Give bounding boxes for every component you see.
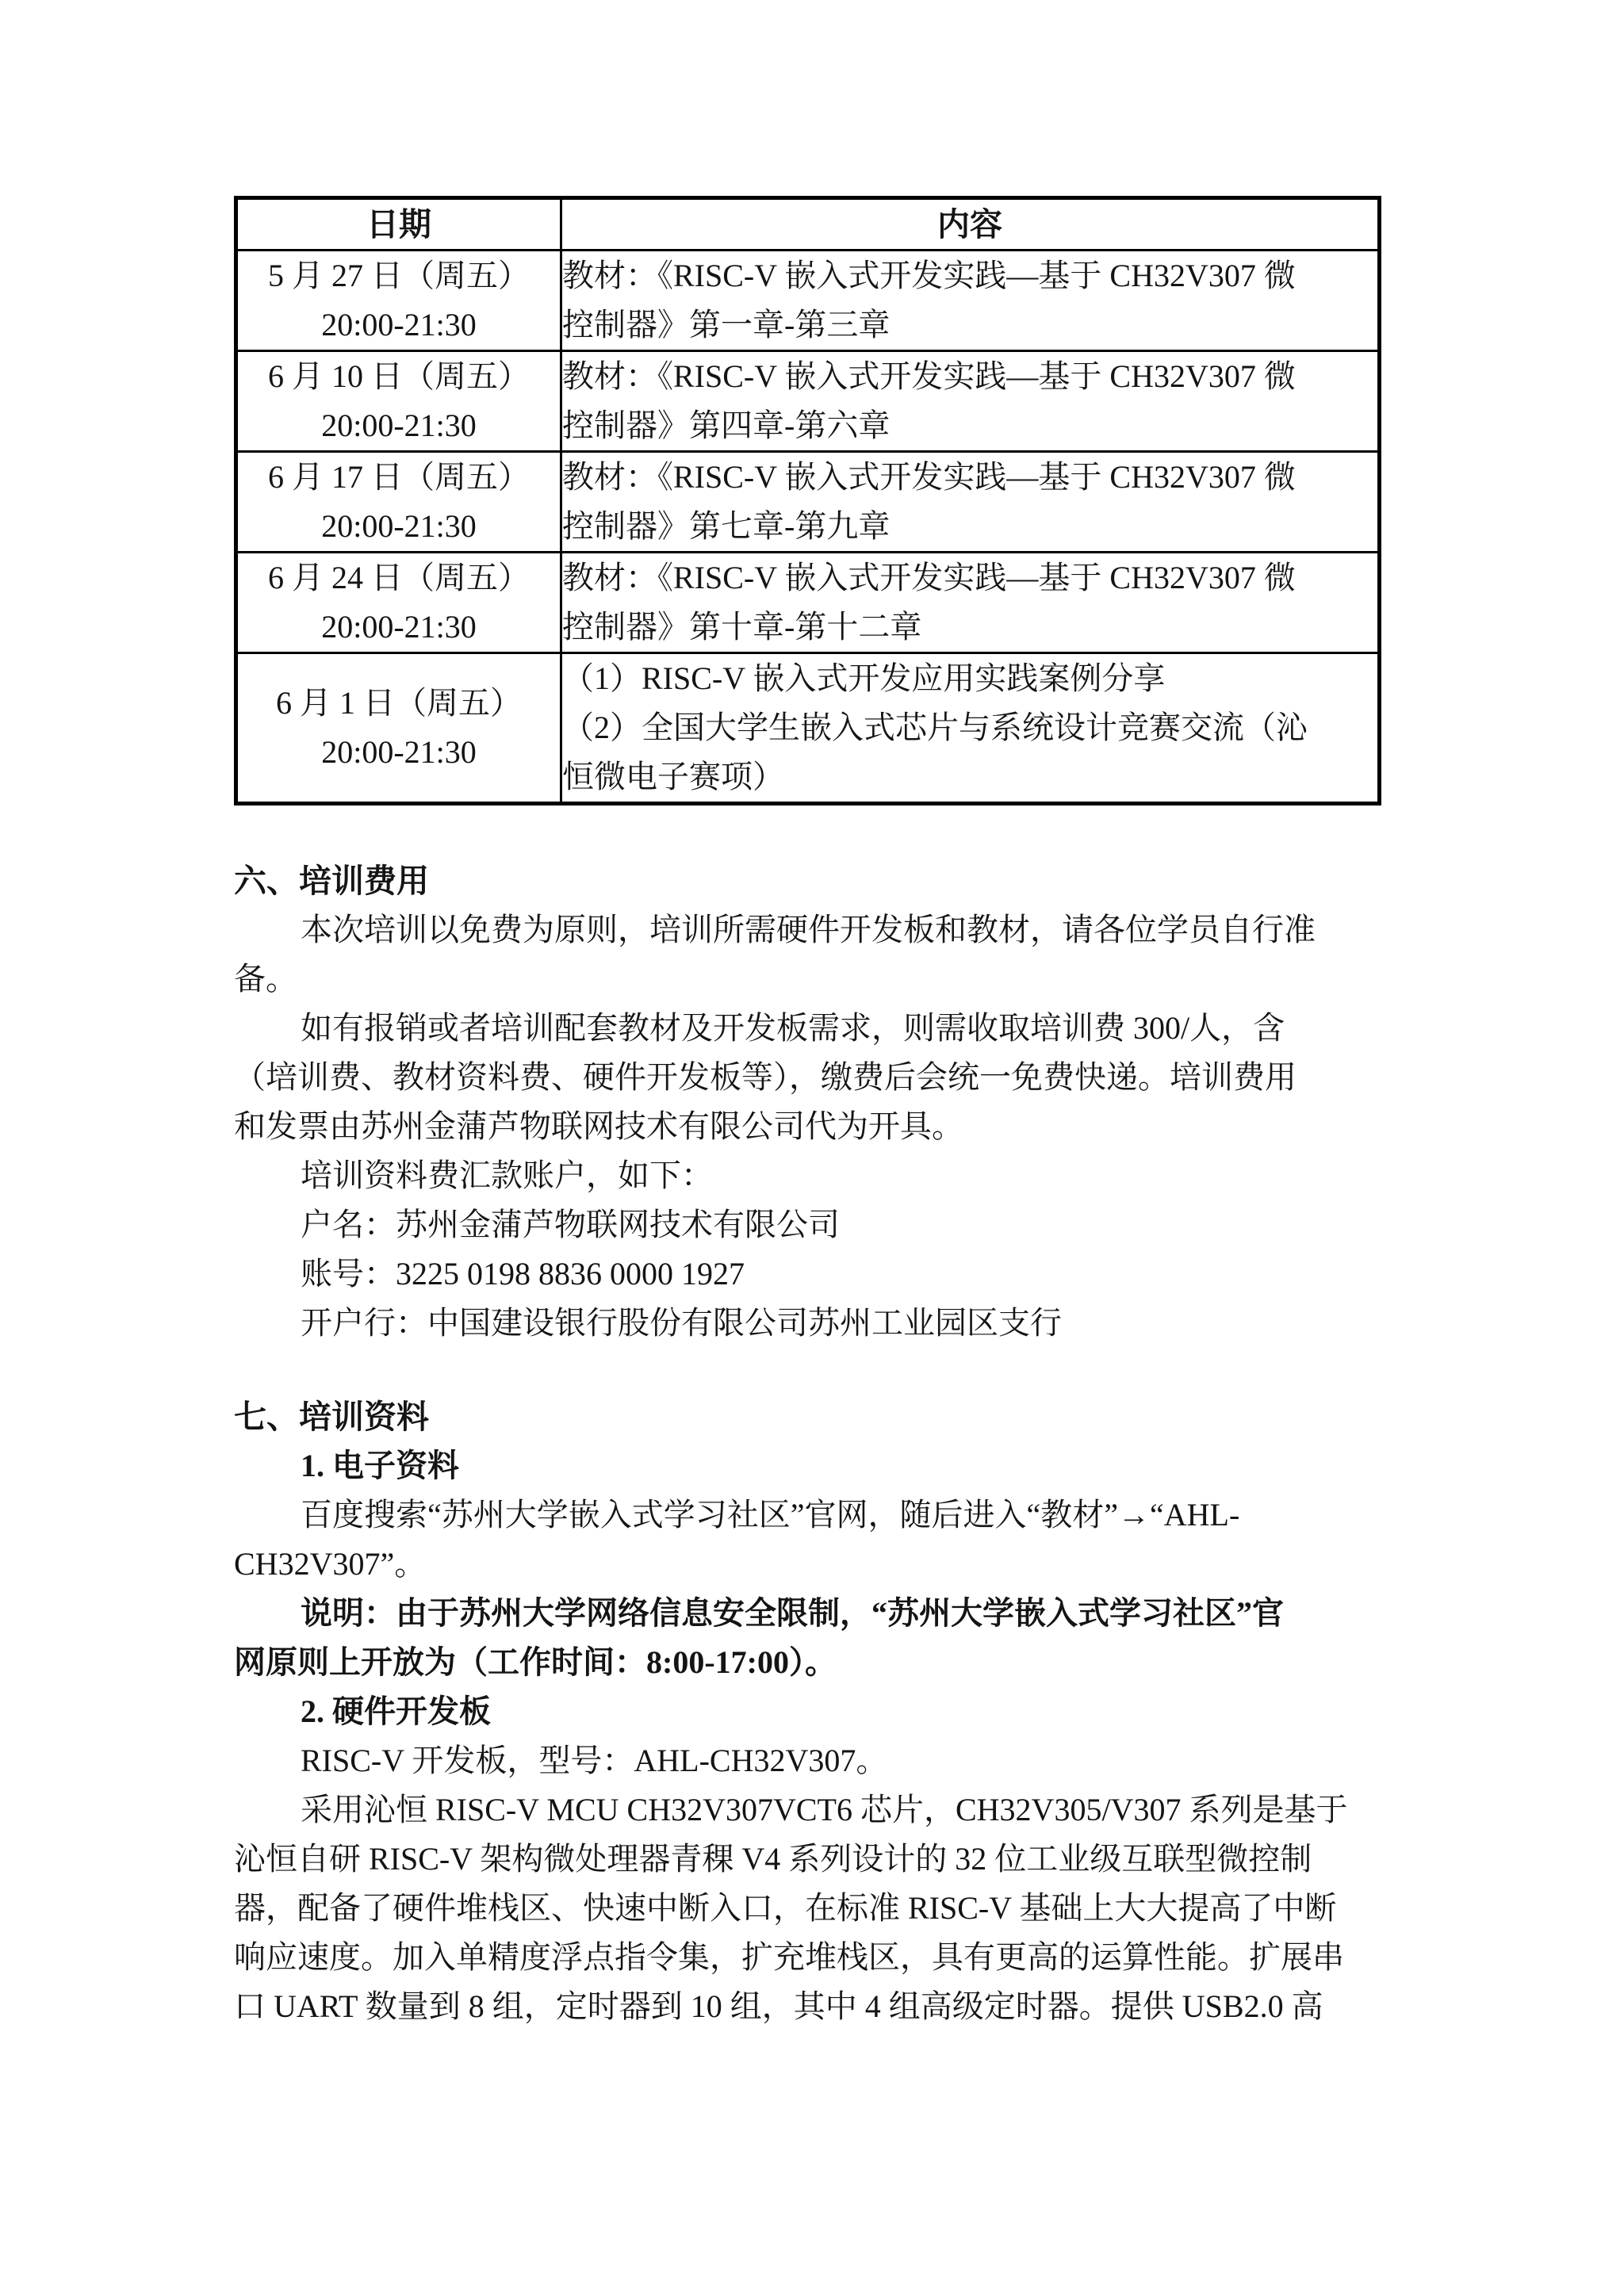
- content-line: （2）全国大学生嵌入式芯片与系统设计竞赛交流（沁: [562, 703, 1377, 752]
- para-line: 口 UART 数量到 8 组，定时器到 10 组，其中 4 组高级定时器。提供 …: [234, 1982, 1384, 2031]
- date-line: 6 月 17 日（周五）: [238, 453, 560, 502]
- content-line: 教材：《RISC-V 嵌入式开发实践—基于 CH32V307 微: [562, 251, 1377, 300]
- date-cell: 6 月 1 日（周五） 20:00-21:30: [236, 653, 561, 804]
- content-line: 教材：《RISC-V 嵌入式开发实践—基于 CH32V307 微: [562, 553, 1377, 603]
- date-cell: 6 月 10 日（周五） 20:00-21:30: [236, 351, 561, 452]
- table-row: 6 月 10 日（周五） 20:00-21:30 教材：《RISC-V 嵌入式开…: [236, 351, 1380, 452]
- note-line: 网原则上开放为（工作时间：8:00-17:00）。: [234, 1638, 1384, 1687]
- time-line: 20:00-21:30: [238, 502, 560, 551]
- table-header-row: 日期 内容: [236, 198, 1380, 251]
- time-line: 20:00-21:30: [238, 603, 560, 652]
- time-line: 20:00-21:30: [238, 728, 560, 777]
- content-cell: 教材：《RISC-V 嵌入式开发实践—基于 CH32V307 微 控制器》第一章…: [561, 251, 1380, 351]
- para-line: CH32V307”。: [234, 1540, 1384, 1589]
- para-line: （培训费、教材资料费、硬件开发板等），缴费后会统一免费快递。培训费用: [234, 1053, 1384, 1102]
- content-line: 教材：《RISC-V 嵌入式开发实践—基于 CH32V307 微: [562, 352, 1377, 401]
- date-line: 6 月 10 日（周五）: [238, 352, 560, 401]
- table-header-date: 日期: [236, 198, 561, 251]
- section-materials: 七、培训资料 1. 电子资料 百度搜索“苏州大学嵌入式学习社区”官网，随后进入“…: [234, 1392, 1384, 2031]
- para-line: 如有报销或者培训配套教材及开发板需求，则需收取培训费 300/人，含: [234, 1004, 1384, 1053]
- account-name-line: 户名：苏州金蒲芦物联网技术有限公司: [234, 1200, 1384, 1249]
- section-heading-materials: 七、培训资料: [234, 1392, 1384, 1441]
- section-fee: 六、培训费用 本次培训以免费为原则，培训所需硬件开发板和教材，请各位学员自行准 …: [234, 856, 1384, 1348]
- para-line: RISC-V 开发板，型号：AHL-CH32V307。: [234, 1736, 1384, 1785]
- content-cell: 教材：《RISC-V 嵌入式开发实践—基于 CH32V307 微 控制器》第十章…: [561, 553, 1380, 653]
- section-heading-fee: 六、培训费用: [234, 856, 1384, 905]
- table-row: 6 月 24 日（周五） 20:00-21:30 教材：《RISC-V 嵌入式开…: [236, 553, 1380, 653]
- content-line: 控制器》第四章-第六章: [562, 401, 1377, 450]
- date-cell: 5 月 27 日（周五） 20:00-21:30: [236, 251, 561, 351]
- date-line: 6 月 1 日（周五）: [238, 679, 560, 728]
- account-intro-line: 培训资料费汇款账户，如下：: [234, 1151, 1384, 1200]
- schedule-table: 日期 内容 5 月 27 日（周五） 20:00-21:30 教材：《RISC-…: [234, 196, 1381, 806]
- table-row: 6 月 17 日（周五） 20:00-21:30 教材：《RISC-V 嵌入式开…: [236, 452, 1380, 553]
- date-line: 5 月 27 日（周五）: [238, 251, 560, 300]
- date-cell: 6 月 24 日（周五） 20:00-21:30: [236, 553, 561, 653]
- content-line: 恒微电子赛项）: [562, 752, 1377, 802]
- content-cell: 教材：《RISC-V 嵌入式开发实践—基于 CH32V307 微 控制器》第七章…: [561, 452, 1380, 553]
- content-line: 控制器》第十章-第十二章: [562, 603, 1377, 652]
- content-cell: （1）RISC-V 嵌入式开发应用实践案例分享 （2）全国大学生嵌入式芯片与系统…: [561, 653, 1380, 804]
- para-line: 响应速度。加入单精度浮点指令集，扩充堆栈区，具有更高的运算性能。扩展串: [234, 1933, 1384, 1982]
- bank-line: 开户行：中国建设银行股份有限公司苏州工业园区支行: [234, 1299, 1384, 1348]
- table-row: 6 月 1 日（周五） 20:00-21:30 （1）RISC-V 嵌入式开发应…: [236, 653, 1380, 804]
- time-line: 20:00-21:30: [238, 300, 560, 350]
- time-line: 20:00-21:30: [238, 401, 560, 450]
- table-header-content: 内容: [561, 198, 1380, 251]
- para-line: 和发票由苏州金蒲芦物联网技术有限公司代为开具。: [234, 1102, 1384, 1151]
- date-cell: 6 月 17 日（周五） 20:00-21:30: [236, 452, 561, 553]
- note-line: 说明：由于苏州大学网络信息安全限制，“苏州大学嵌入式学习社区”官: [234, 1589, 1384, 1638]
- content-line: 控制器》第七章-第九章: [562, 502, 1377, 551]
- table-row: 5 月 27 日（周五） 20:00-21:30 教材：《RISC-V 嵌入式开…: [236, 251, 1380, 351]
- para-line: 采用沁恒 RISC-V MCU CH32V307VCT6 芯片，CH32V305…: [234, 1785, 1384, 1835]
- para-line: 器，配备了硬件堆栈区、快速中断入口，在标准 RISC-V 基础上大大提高了中断: [234, 1884, 1384, 1933]
- subheading-electronic-materials: 1. 电子资料: [234, 1441, 1384, 1490]
- document-page: 日期 内容 5 月 27 日（周五） 20:00-21:30 教材：《RISC-…: [0, 0, 1624, 2296]
- content-line: （1）RISC-V 嵌入式开发应用实践案例分享: [562, 654, 1377, 703]
- subheading-hardware-board: 2. 硬件开发板: [234, 1687, 1384, 1736]
- date-line: 6 月 24 日（周五）: [238, 553, 560, 603]
- content-cell: 教材：《RISC-V 嵌入式开发实践—基于 CH32V307 微 控制器》第四章…: [561, 351, 1380, 452]
- content-line: 控制器》第一章-第三章: [562, 300, 1377, 350]
- para-line: 备。: [234, 955, 1384, 1004]
- para-line: 沁恒自研 RISC-V 架构微处理器青稞 V4 系列设计的 32 位工业级互联型…: [234, 1835, 1384, 1884]
- content-line: 教材：《RISC-V 嵌入式开发实践—基于 CH32V307 微: [562, 453, 1377, 502]
- para-line: 百度搜索“苏州大学嵌入式学习社区”官网，随后进入“教材”→“AHL-: [234, 1490, 1384, 1540]
- account-number-line: 账号：3225 0198 8836 0000 1927: [234, 1249, 1384, 1299]
- document-content: 日期 内容 5 月 27 日（周五） 20:00-21:30 教材：《RISC-…: [234, 196, 1384, 2031]
- para-line: 本次培训以免费为原则，培训所需硬件开发板和教材，请各位学员自行准: [234, 905, 1384, 955]
